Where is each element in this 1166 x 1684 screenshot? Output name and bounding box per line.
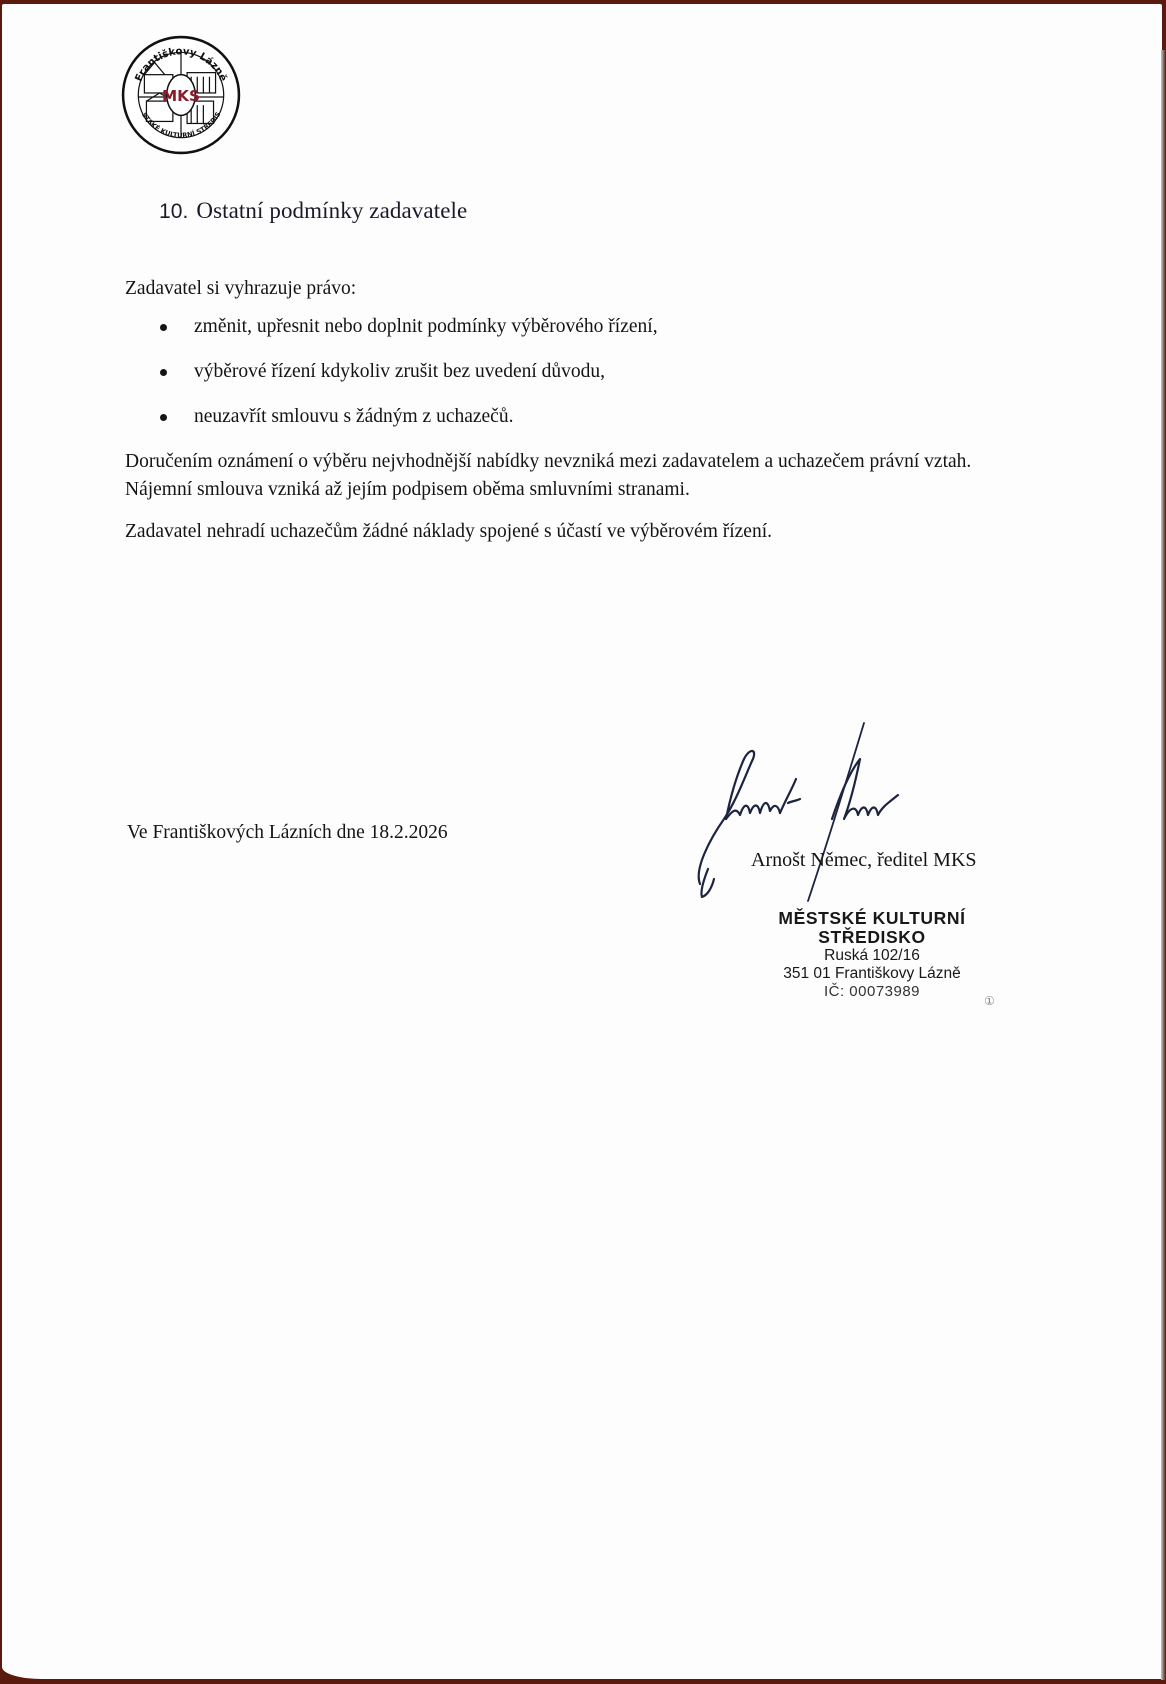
stamp-street: Ruská 102/16 [752,947,992,965]
stamp-ico: IČ: 00073989 [752,983,992,1000]
place-and-date: Ve Františkových Lázních dne 18.2.2026 [127,822,448,844]
bullet-icon [160,324,167,331]
stamp-city: 351 01 Františkovy Lázně [752,965,992,983]
document-page: Františkovy Lázně MĚSTSKÉ KULTURNÍ STŘED… [2,4,1162,1679]
list-item: neuzavřít smlouvu s žádným z uchazečů. [157,406,658,451]
stamp-number-mark-icon: ① [984,994,995,1008]
page-edge-shadow [1161,50,1166,1680]
list-item: změnit, upřesnit nebo doplnit podmínky v… [157,316,658,361]
stamp-org-line-2: STŘEDISKO [752,928,992,947]
bullet-icon [160,414,167,421]
mks-logo-seal: Františkovy Lázně MĚSTSKÉ KULTURNÍ STŘED… [120,34,242,156]
section-heading: 10. Ostatní podmínky zadavatele [159,198,467,224]
rights-list: změnit, upřesnit nebo doplnit podmínky v… [157,316,658,451]
list-item: výběrové řízení kdykoliv zrušit bez uved… [157,361,658,406]
logo-center-text: MKS [162,87,200,105]
organization-stamp: MĚSTSKÉ KULTURNÍ STŘEDISKO Ruská 102/16 … [752,909,992,1000]
stamp-org-line-1: MĚSTSKÉ KULTURNÍ [752,909,992,928]
handwritten-signature [692,719,962,909]
notice-paragraph: Doručením oznámení o výběru nejvhodnější… [125,448,1025,504]
section-title: Ostatní podmínky zadavatele [196,198,467,223]
rights-intro: Zadavatel si vyhrazuje právo: [125,278,356,300]
bullet-icon [160,369,167,376]
section-number: 10. [159,200,189,223]
signer-name: Arnošt Němec, ředitel MKS [751,849,977,872]
costs-paragraph: Zadavatel nehradí uchazečům žádné náklad… [125,521,772,543]
